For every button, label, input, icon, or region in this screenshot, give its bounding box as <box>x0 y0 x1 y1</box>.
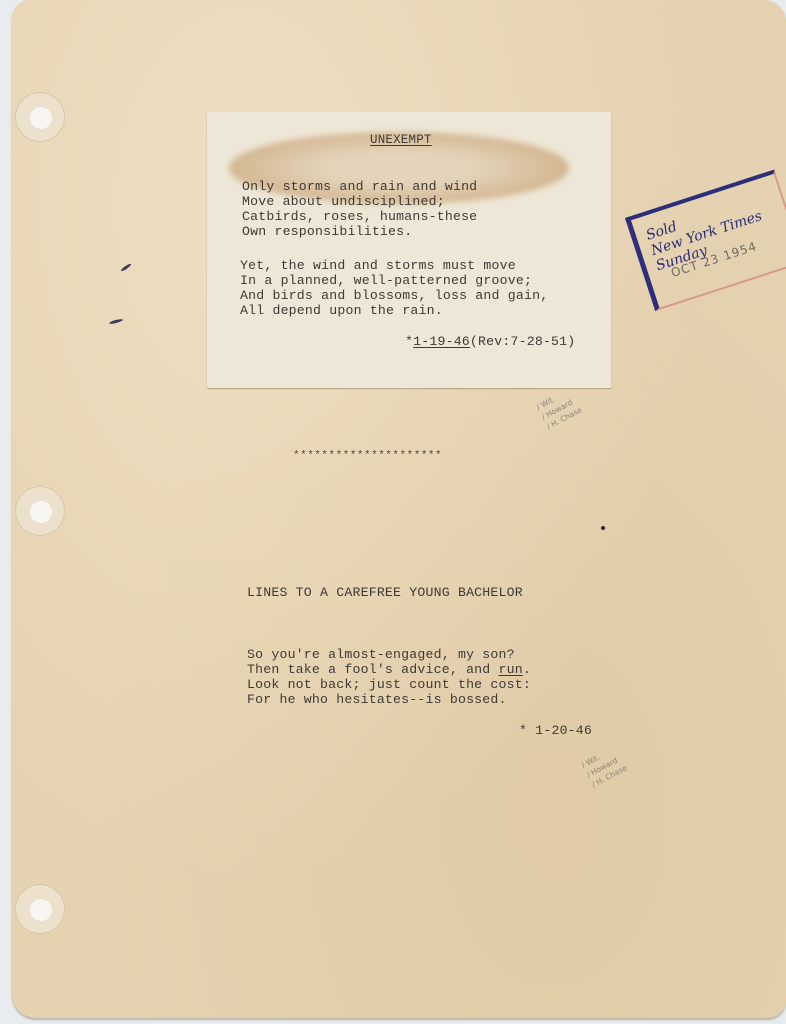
poem-line: Then take a fool's advice, and run. <box>247 662 531 677</box>
binder-hole-top <box>15 92 65 142</box>
poem-line: So you're almost-engaged, my son? <box>247 647 531 662</box>
poem-line: Look not back; just count the cost: <box>247 677 531 692</box>
ink-dot <box>601 526 605 530</box>
binder-hole-middle <box>15 486 65 536</box>
poem-date: 1-19-46 <box>413 334 470 349</box>
binder-hole-bottom <box>15 884 65 934</box>
poem-date-line: *1-19-46(Rev:7-28-51) <box>405 334 575 349</box>
poem-title-unexempt: UNEXEMPT <box>370 133 432 148</box>
pasted-poem-slip: UNEXEMPT Only storms and rain and wind M… <box>207 112 611 388</box>
poem-revision: (Rev:7-28-51) <box>470 334 575 349</box>
date-asterisk: * <box>405 334 413 349</box>
poem-line: For he who hesitates--is bossed. <box>247 692 531 707</box>
ink-mark <box>109 318 123 325</box>
section-separator: ********************* <box>293 450 442 462</box>
poem-date-bachelor: * 1-20-46 <box>519 723 592 738</box>
poem-body-bachelor: So you're almost-engaged, my son?Then ta… <box>247 647 531 707</box>
ink-mark <box>120 263 132 272</box>
emphasis-word: run <box>499 662 523 677</box>
poem-title-bachelor: LINES TO A CAREFREE YOUNG BACHELOR <box>247 585 523 600</box>
poem-stanza-1: Only storms and rain and wind Move about… <box>242 179 477 239</box>
poem-stanza-2: Yet, the wind and storms must move In a … <box>240 258 548 318</box>
